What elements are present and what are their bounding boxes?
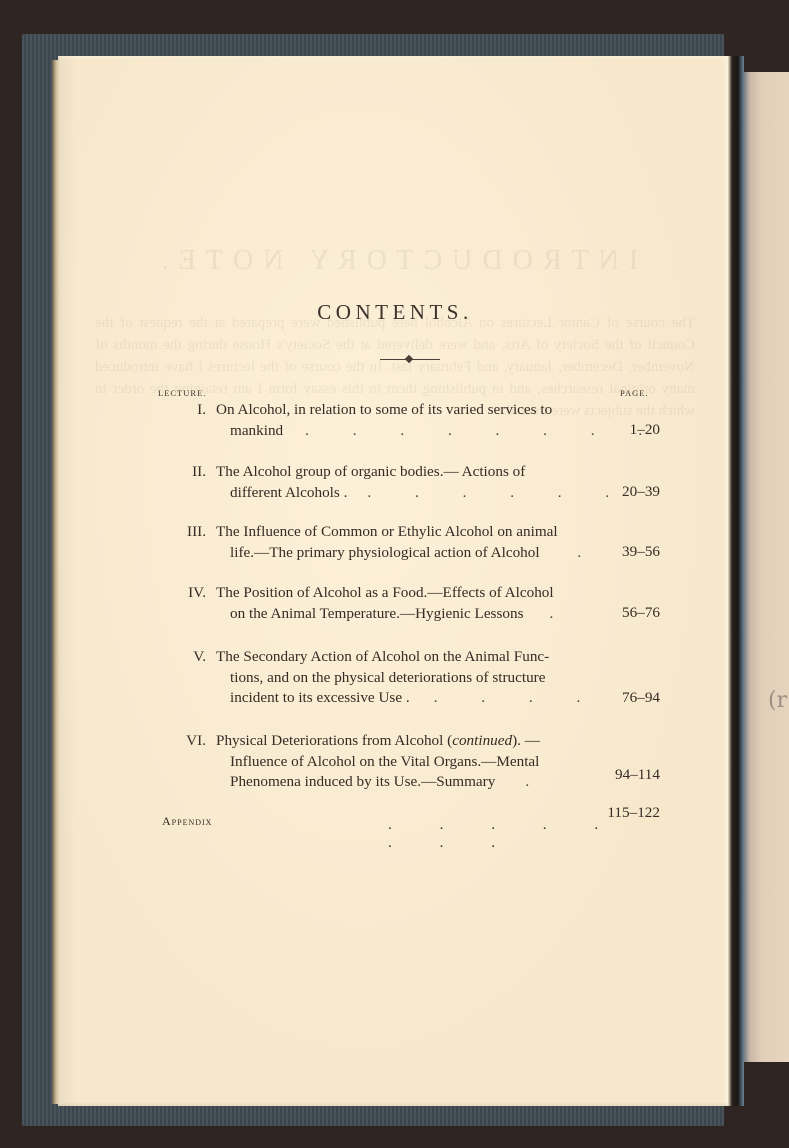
page-range: 1–20 xyxy=(630,420,660,441)
page-range: 76–94 xyxy=(622,688,660,709)
dot-leader: . xyxy=(525,773,549,790)
entry-line: Phenomena induced by its Use.—Summary. xyxy=(216,772,616,793)
lecture-numeral: VI. xyxy=(160,731,206,752)
dot-leader: . xyxy=(554,544,602,561)
page-gutter xyxy=(728,56,744,1106)
entry-line: On Alcohol, in relation to some of its v… xyxy=(216,400,616,421)
dot-leader: . . . . . . . . xyxy=(305,422,662,439)
facing-page xyxy=(742,72,789,1062)
entry-line: incident to its excessive Use .. . . . xyxy=(216,688,616,709)
entry-line: life.—The primary physiological action o… xyxy=(216,543,616,564)
column-header-page: PAGE. xyxy=(620,388,649,398)
lecture-numeral: III. xyxy=(160,522,206,543)
lecture-numeral: II. xyxy=(160,462,206,483)
page-range: 39–56 xyxy=(622,542,660,563)
contents-page xyxy=(58,56,732,1106)
entry-line: The Secondary Action of Alcohol on the A… xyxy=(216,647,616,668)
entry-line: Influence of Alcohol on the Vital Organs… xyxy=(216,752,616,773)
page-title: CONTENTS. xyxy=(58,300,732,325)
entry-line: Physical Deteriorations from Alcohol (co… xyxy=(216,731,616,752)
entry-line: The Alcohol group of organic bodies.— Ac… xyxy=(216,462,616,483)
entry-line: tions, and on the physical deterioration… xyxy=(216,668,616,689)
entry-line: different Alcohols .. . . . . . xyxy=(216,483,616,504)
entry-line: mankind. . . . . . . . xyxy=(216,421,616,442)
dot-leader: . xyxy=(549,605,573,622)
page-range: 56–76 xyxy=(622,603,660,624)
facing-page-mark: (r xyxy=(768,688,787,713)
entry-line: The Influence of Common or Ethylic Alcoh… xyxy=(216,522,616,543)
entry-line: on the Animal Temperature.—Hygienic Less… xyxy=(216,604,616,625)
entry-line: The Position of Alcohol as a Food.—Effec… xyxy=(216,583,616,604)
page-range: 94–114 xyxy=(615,765,660,786)
page-range: 20–39 xyxy=(622,482,660,503)
dot-leader: . . . . . . xyxy=(367,484,629,501)
lecture-numeral: I. xyxy=(160,400,206,421)
lecture-numeral: IV. xyxy=(160,583,206,604)
dot-leader: . . . . xyxy=(434,689,601,706)
lecture-numeral: V. xyxy=(160,647,206,668)
column-header-lecture: LECTURE. xyxy=(158,388,206,398)
page-range: 115–122 xyxy=(607,804,660,822)
appendix-label: Appendix xyxy=(162,814,212,829)
